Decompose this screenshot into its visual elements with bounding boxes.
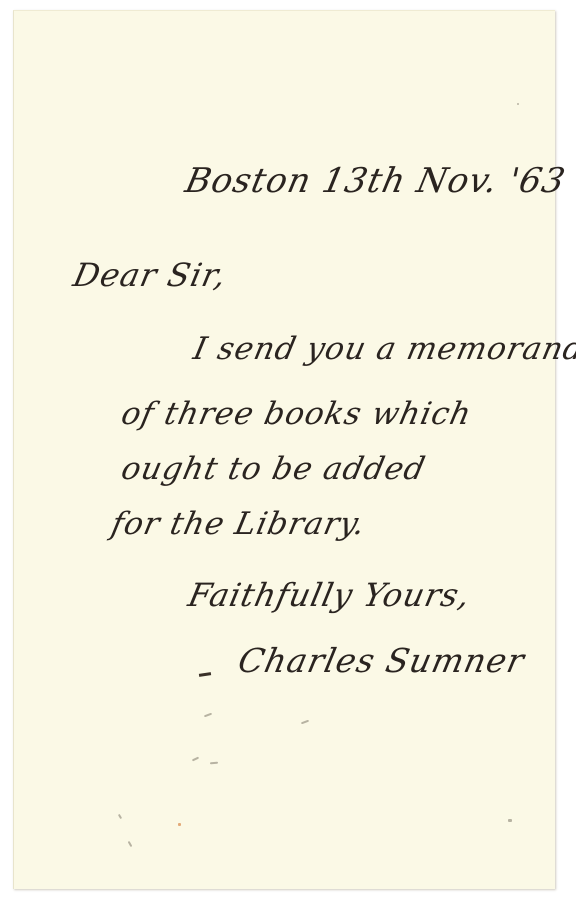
letter-body-line: of three books which xyxy=(118,396,475,432)
letter-salutation: Dear Sir, xyxy=(70,256,230,294)
letter-body-line: ought to be added xyxy=(118,451,429,487)
paper-speck xyxy=(301,720,309,725)
paper-speck xyxy=(204,713,212,718)
letter-paper: Boston 13th Nov. '63 Dear Sir, I send yo… xyxy=(13,10,555,889)
letter-body-line: for the Library. xyxy=(108,506,369,542)
paper-speck xyxy=(192,757,199,762)
paper-speck xyxy=(508,819,512,822)
paper-speck xyxy=(517,103,519,105)
paper-speck xyxy=(178,823,181,826)
letter-dateline: Boston 13th Nov. '63 xyxy=(182,161,570,201)
paper-speck xyxy=(118,814,122,819)
paper-speck xyxy=(210,762,218,765)
paper-speck xyxy=(128,841,133,847)
letter-signature: Charles Sumner xyxy=(235,641,528,680)
letter-body-line: I send you a memorandum xyxy=(190,331,576,367)
letter-closing: Faithfully Yours, xyxy=(185,576,474,614)
signature-dash xyxy=(199,672,211,677)
